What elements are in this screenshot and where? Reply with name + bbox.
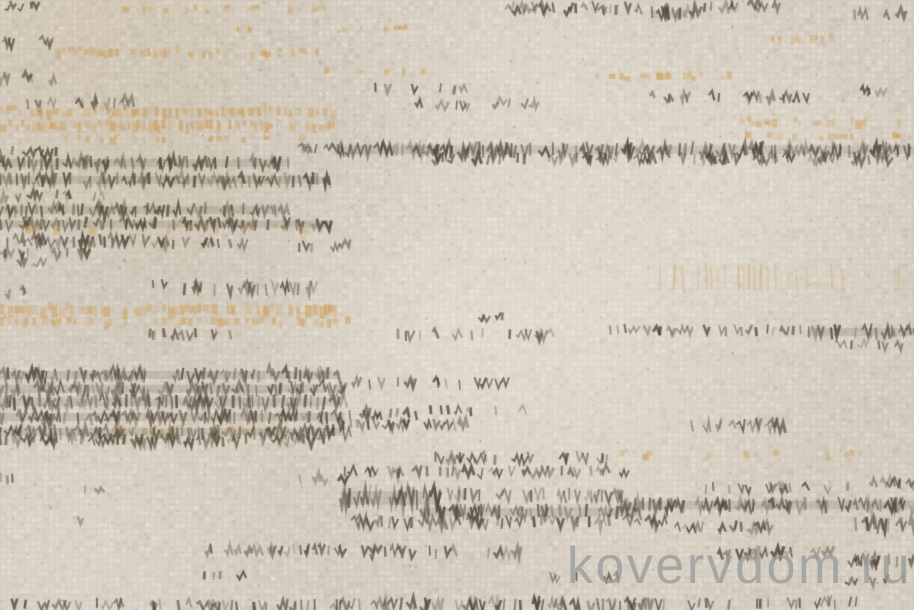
carpet-texture-canvas: [0, 0, 914, 610]
carpet-photo: kovervdom.ru: [0, 0, 914, 610]
